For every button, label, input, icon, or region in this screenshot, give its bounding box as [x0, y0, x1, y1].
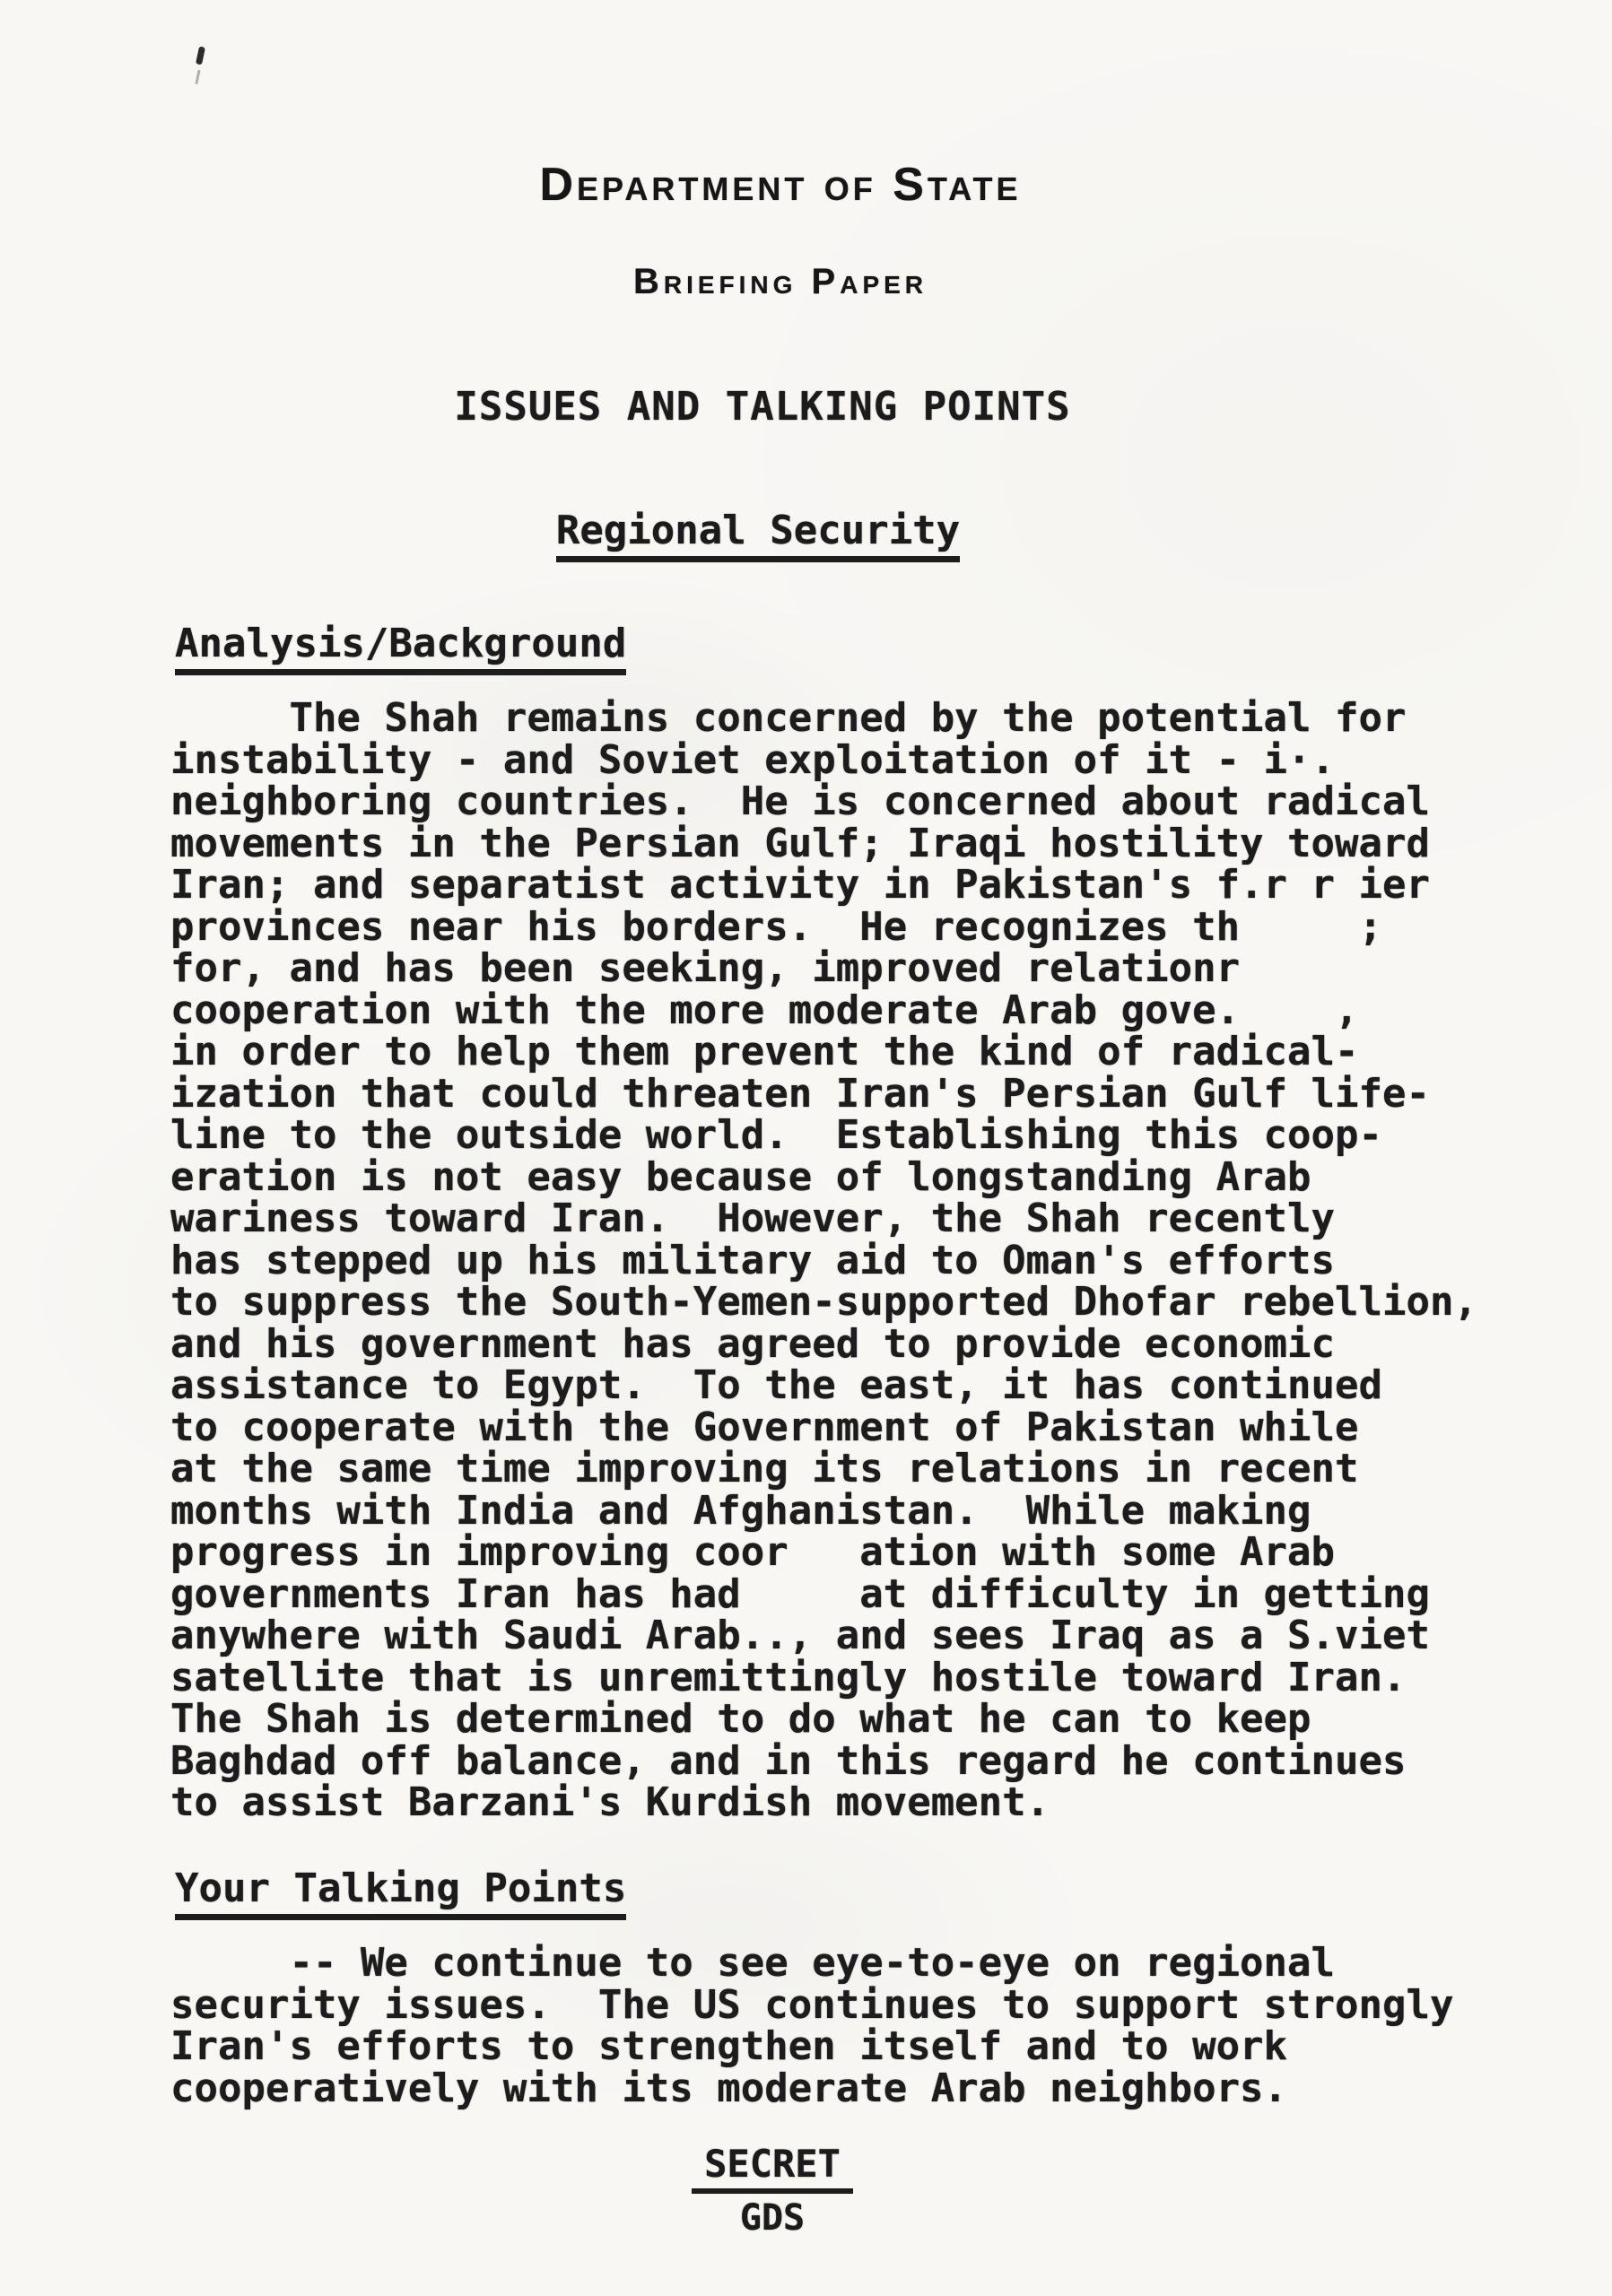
scan-speck [196, 46, 205, 65]
document-subtitle: Regional Security [556, 508, 960, 562]
analysis-background-paragraph: The Shah remains concerned by the potent… [170, 698, 1477, 1824]
classification-label: SECRET [692, 2142, 853, 2194]
section-talking-points: Your Talking Points [175, 1865, 626, 1920]
section-heading-your-talking-points: Your Talking Points [175, 1865, 626, 1920]
letterhead-paper-type: Briefing Paper [0, 262, 1561, 302]
classification-row: SECRET [0, 2142, 1545, 2194]
section-heading-analysis-background: Analysis/Background [175, 621, 626, 675]
document-page: Department of State Briefing Paper ISSUE… [0, 0, 1612, 2296]
document-subtitle-row: Regional Security [0, 508, 1516, 562]
section-analysis: Analysis/Background [175, 621, 626, 675]
letterhead-department: Department of State [0, 158, 1561, 212]
classification-footer: SECRET GDS [0, 2142, 1545, 2240]
document-title: ISSUES AND TALKING POINTS [0, 384, 1525, 430]
declassification-code: GDS [0, 2196, 1545, 2240]
talking-points-paragraph: -- We continue to see eye-to-eye on regi… [170, 1943, 1453, 2109]
